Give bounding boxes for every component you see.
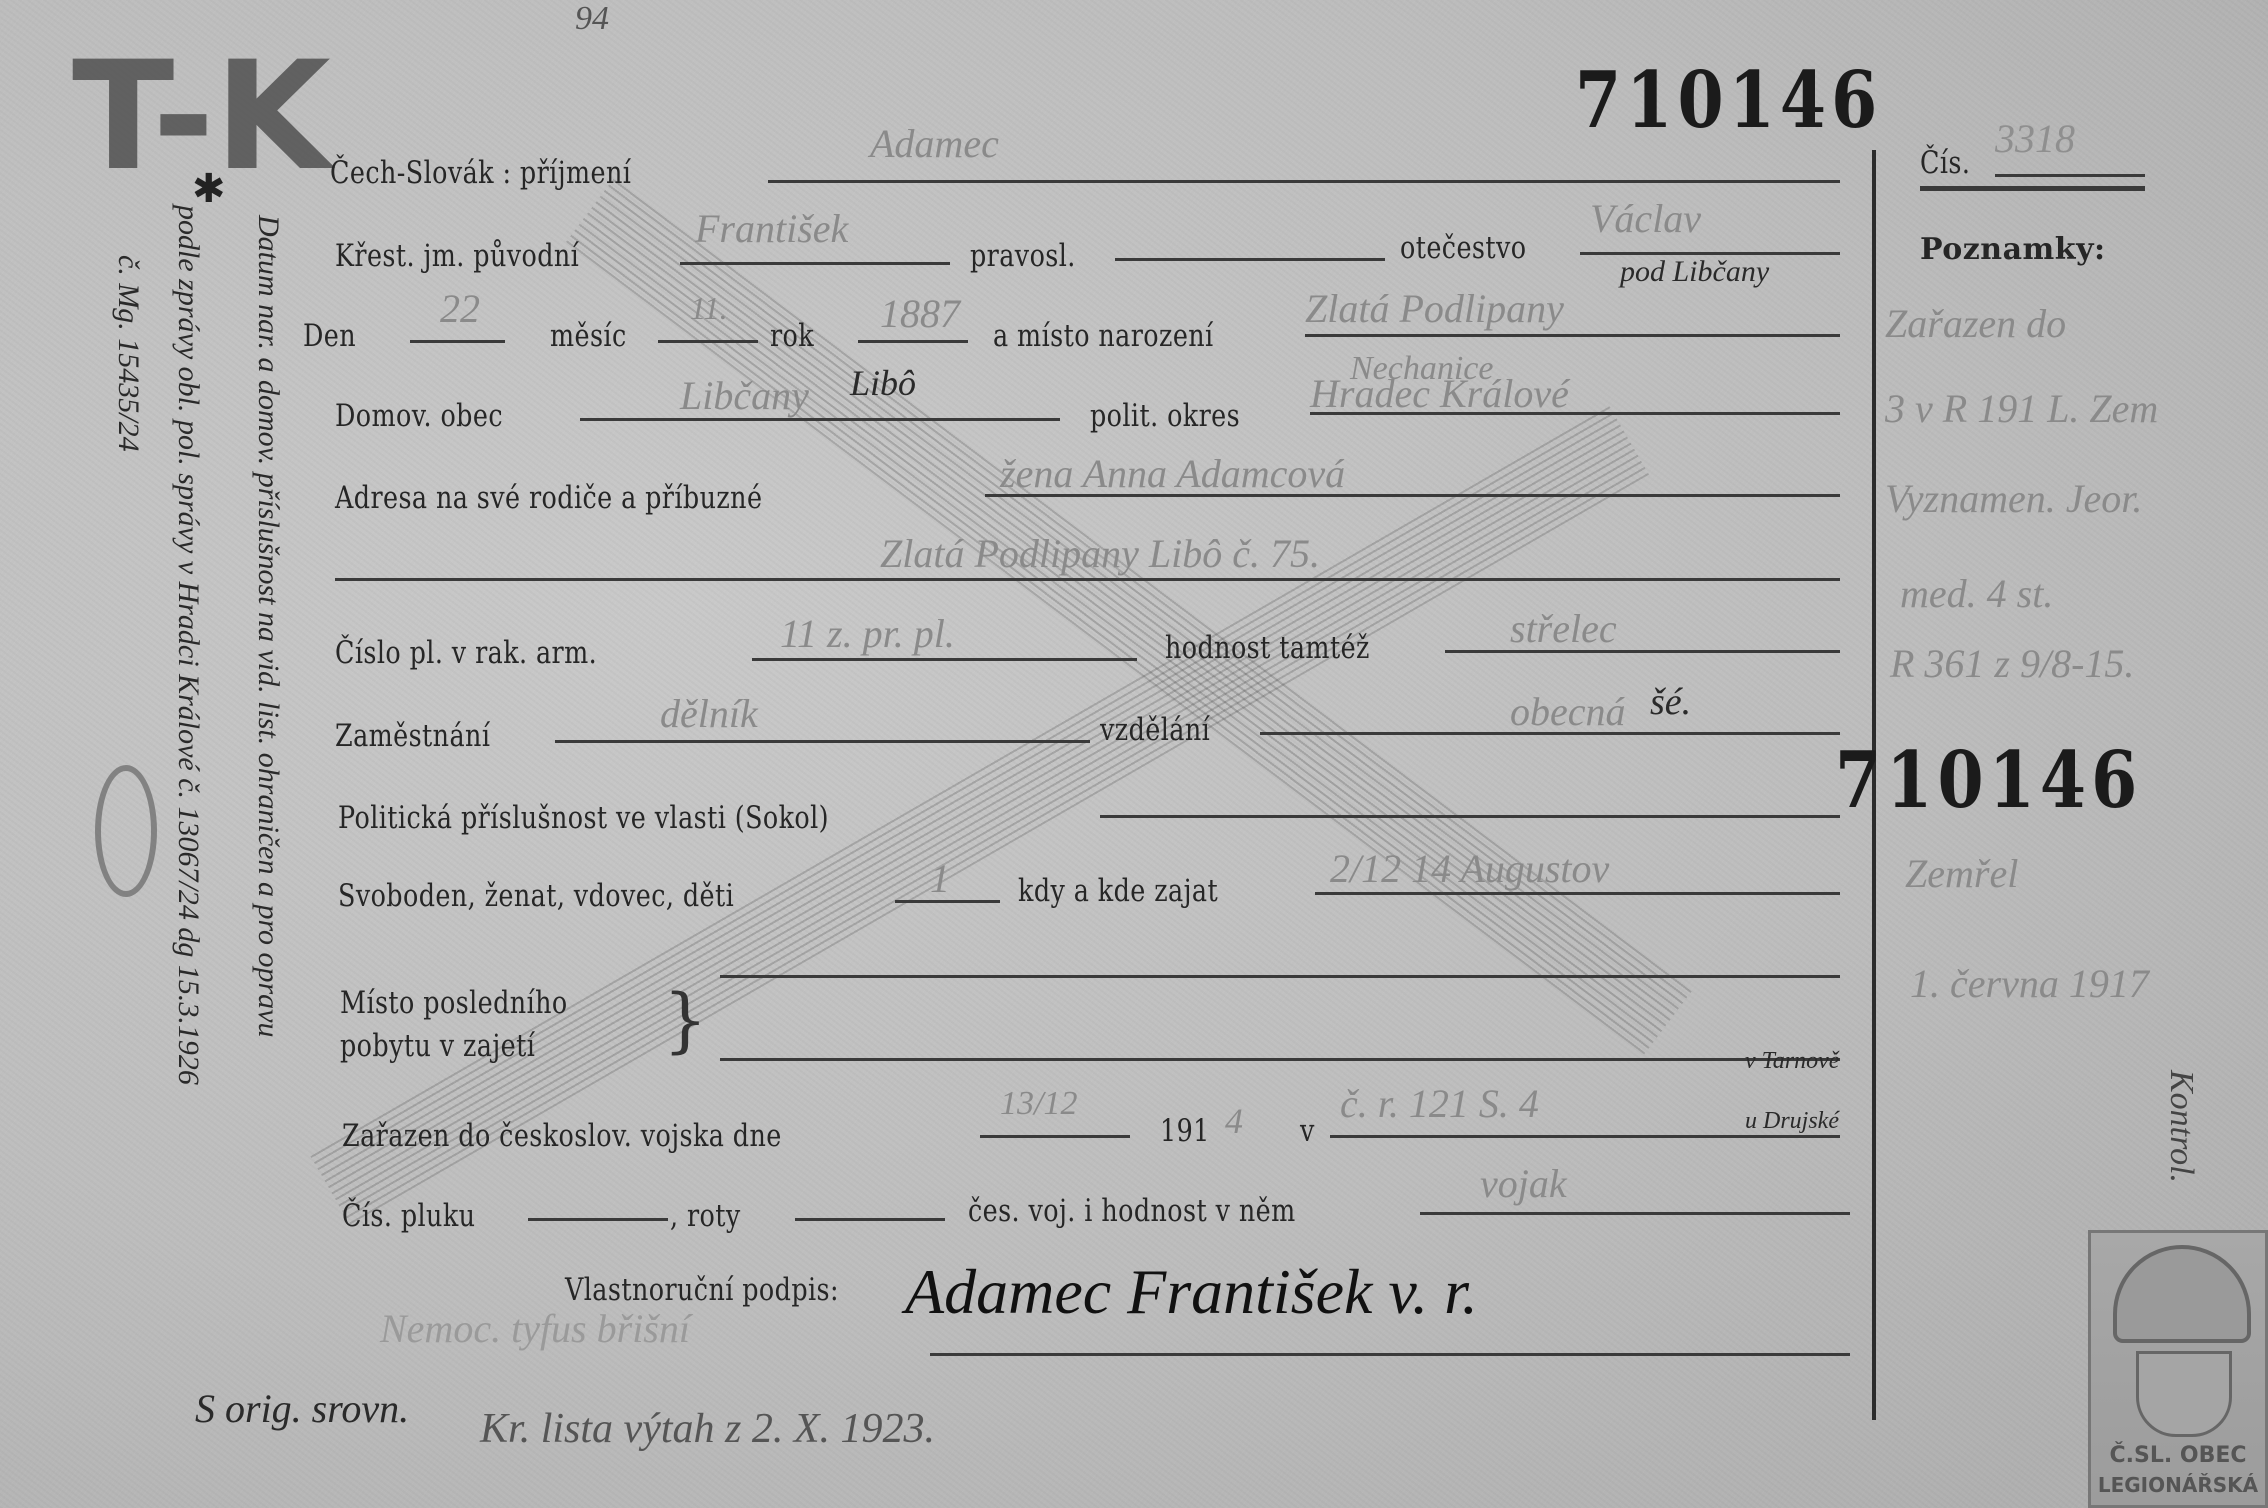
- enlisted-year-prefix: 191: [1160, 1113, 1210, 1149]
- enlisted-v-label: v: [1300, 1113, 1315, 1149]
- coat-of-arms-icon: [2136, 1351, 2232, 1437]
- clerk-note: Kr. lista výtah z 2. X. 1923.: [480, 1405, 935, 1453]
- last-place-label-1: Místo posledního: [340, 985, 568, 1021]
- signature-label: Vlastnoruční podpis:: [565, 1272, 839, 1308]
- remarks-line: med. 4 st.: [1900, 570, 2053, 617]
- relatives-label: Adresa na své rodiče a příbuzné: [335, 480, 762, 516]
- company-line: [795, 1218, 945, 1221]
- unit-number-line: [752, 658, 1137, 661]
- side-annotation-line-1: Datum nar. a domov. příslušnost na vid. …: [251, 215, 285, 1038]
- month-line: [658, 340, 758, 343]
- year-value[interactable]: 1887: [880, 290, 960, 337]
- czech-rank-line: [1420, 1212, 1850, 1215]
- day-label: Den: [303, 318, 356, 354]
- home-town-correction: Libô: [850, 362, 916, 404]
- year-label: rok: [770, 318, 814, 354]
- czech-rank-value[interactable]: vojak: [1480, 1160, 1567, 1207]
- rank-line: [1445, 650, 1840, 653]
- day-value[interactable]: 22: [440, 285, 480, 332]
- remarks-line: 1. června 1917: [1910, 960, 2149, 1007]
- enlisted-note: u Drujské: [1745, 1108, 1839, 1135]
- legion-logo: Č.SL. OBEC LEGIONÁŘSKÁ: [2088, 1230, 2268, 1508]
- side-annotation-line-3: č. Mg. 15435/24: [111, 255, 145, 452]
- education-label: vzdělání: [1100, 712, 1210, 748]
- district-value[interactable]: Hradec Králové: [1310, 370, 1569, 417]
- czech-rank-label: čes. voj. i hodnost v něm: [968, 1193, 1296, 1229]
- remarks-line: R 361 z 9/8-15.: [1890, 640, 2134, 687]
- serial-number-top: 710146: [1575, 55, 1882, 146]
- home-town-line: [580, 418, 1060, 421]
- last-place-line-1: [720, 975, 1840, 978]
- unit-number-label: Číslo pl. v rak. arm.: [335, 635, 597, 671]
- regiment-line: [528, 1218, 668, 1221]
- given-name-value[interactable]: František: [695, 205, 848, 252]
- occupation-label: Zaměstnání: [335, 718, 490, 754]
- month-value[interactable]: 11.: [690, 290, 728, 327]
- registration-card: T-K 94 ✱ 710146 Čís. 3318 Poznamky: Zařa…: [0, 0, 2268, 1508]
- occupation-line: [555, 740, 1090, 743]
- last-place-label-2: pobytu v zajetí: [340, 1028, 535, 1064]
- regiment-label: Čís. pluku: [342, 1198, 475, 1234]
- enlisted-label: Zařazen do českoslov. vojska dne: [342, 1118, 782, 1154]
- serial-number-right: 710146: [1835, 735, 2142, 826]
- logo-text-line-1: Č.SL. OBEC: [2091, 1443, 2265, 1468]
- relatives-line-2: [335, 578, 1840, 581]
- surname-label: Čech-Slovák : příjmení: [330, 155, 631, 191]
- surname-line: [768, 180, 1840, 183]
- rank-value[interactable]: střelec: [1510, 605, 1617, 652]
- patronymic-note: pod Libčany: [1620, 255, 1769, 289]
- signature-value[interactable]: Adamec František v. r.: [905, 1255, 1478, 1329]
- remarks-line: 3 v R 191 L. Zem: [1885, 385, 2158, 432]
- political-line: [1100, 815, 1840, 818]
- remarks-label: Poznamky:: [1920, 232, 2106, 267]
- orig-note: S orig. srovn.: [195, 1385, 409, 1432]
- vertical-control-note: Kontrol.: [2162, 1070, 2200, 1183]
- enlisted-year-suffix[interactable]: 4: [1225, 1100, 1243, 1142]
- last-place-line-2: [720, 1058, 1840, 1061]
- relatives-value-2[interactable]: Zlatá Podlipany Libô č. 75.: [880, 530, 1320, 577]
- district-label: polit. okres: [1090, 398, 1240, 434]
- education-value[interactable]: obecná: [1510, 688, 1626, 735]
- relatives-value[interactable]: žena Anna Adamcová: [1000, 450, 1345, 497]
- company-label: , roty: [670, 1198, 741, 1234]
- side-annotation-line-2: podle zprávy obl. pol. správy v Hradci K…: [171, 205, 205, 1085]
- cislo-line: [1995, 174, 2145, 177]
- birthplace-label: a místo narození: [993, 318, 1214, 354]
- cislo-value: 3318: [1995, 115, 2075, 162]
- unit-number-value[interactable]: 11 z. pr. pl.: [780, 610, 955, 657]
- birthplace-line: [1305, 334, 1840, 337]
- orthodox-label: pravosl.: [970, 238, 1076, 274]
- enlisted-day-month[interactable]: 13/12: [1000, 1085, 1077, 1123]
- year-line: [858, 340, 968, 343]
- soldier-helmet-icon: [2113, 1245, 2251, 1343]
- home-town-label: Domov. obec: [335, 398, 503, 434]
- patronymic-label: otečestvo: [1400, 230, 1526, 266]
- patronymic-value[interactable]: Václav: [1590, 195, 1701, 242]
- enlisted-value[interactable]: č. r. 121 S. 4: [1340, 1080, 1539, 1127]
- home-town-value[interactable]: Libčany: [680, 372, 809, 419]
- occupation-value[interactable]: dělník: [660, 690, 758, 737]
- enlisted-date-line: [980, 1135, 1130, 1138]
- marital-label: Svoboden, ženat, vdovec, děti: [338, 878, 734, 914]
- enlisted-unit-line: [1330, 1135, 1840, 1138]
- remarks-line: Zemřel: [1905, 850, 2018, 897]
- remarks-line: Zařazen do: [1885, 300, 2066, 347]
- remarks-line: Vyznamen. Jeor.: [1885, 475, 2142, 522]
- cislo-label: Čís.: [1920, 145, 1970, 181]
- captured-value[interactable]: 2/12 14 Augustov: [1330, 845, 1609, 892]
- brace: }: [663, 985, 708, 1055]
- surname-value[interactable]: Adamec: [870, 120, 999, 167]
- given-name-line: [680, 262, 950, 265]
- faded-note: Nemoc. tyfus břišní: [380, 1305, 690, 1352]
- orthodox-line: [1115, 258, 1385, 261]
- month-label: měsíc: [550, 318, 627, 354]
- birthplace-value[interactable]: Zlatá Podlipany: [1305, 285, 1564, 332]
- captured-line: [1315, 892, 1840, 895]
- oval-stamp: [95, 765, 157, 897]
- given-name-label: Křest. jm. původní: [335, 238, 579, 274]
- marital-value[interactable]: 1: [930, 855, 950, 902]
- pencil-note: 94: [575, 0, 609, 38]
- signature-line: [930, 1353, 1850, 1356]
- political-label: Politická příslušnost ve vlasti (Sokol): [338, 800, 829, 836]
- rank-label: hodnost tamtéž: [1165, 630, 1370, 666]
- education-correction: šé.: [1650, 680, 1691, 724]
- last-place-note: v Tarnově: [1745, 1048, 1839, 1075]
- captured-label: kdy a kde zajat: [1018, 873, 1218, 909]
- day-line: [410, 340, 505, 343]
- cislo-double-line: [1920, 186, 2145, 191]
- logo-text-line-2: LEGIONÁŘSKÁ: [2091, 1473, 2265, 1497]
